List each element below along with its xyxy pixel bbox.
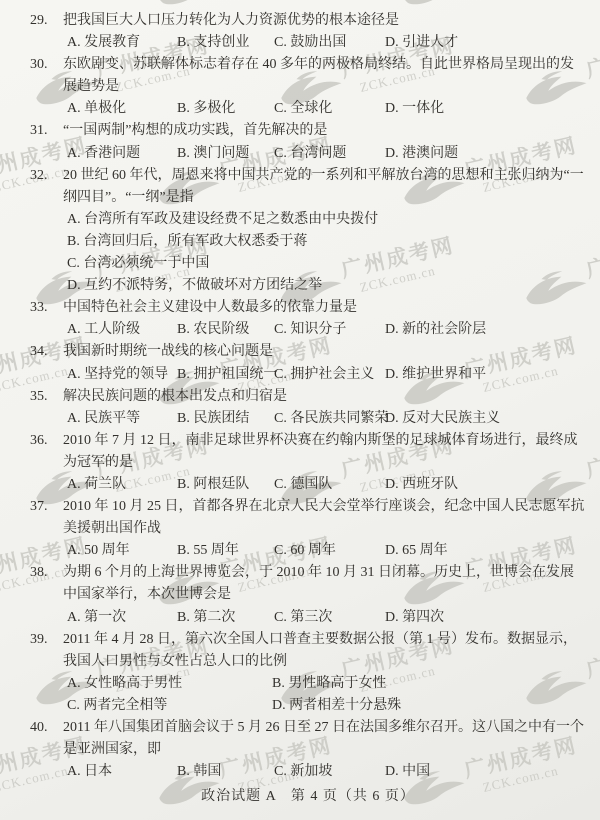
question-text: 2011 年八国集团首脑会议于 5 月 26 日至 27 日在法国多维尔召开。这…: [63, 717, 586, 761]
option-b: B. 民族团结: [177, 408, 274, 430]
option-c: C. 鼓励出国: [274, 32, 385, 54]
option-b: B. 男性略高于女性: [272, 673, 586, 695]
question-39: 39. 2011 年 4 月 28 日，第六次全国人口普查主要数据公报（第 1 …: [30, 629, 586, 717]
option-b: B. 拥护祖国统一: [177, 364, 274, 386]
option-c: C. 第三次: [274, 607, 385, 629]
option-d: D. 互约不派特务，不做破坏对方团结之举: [67, 275, 586, 297]
question-number: 34.: [30, 341, 63, 363]
question-text: “一国两制”构想的成功实践，首先解决的是: [63, 120, 586, 142]
option-d: D. 西班牙队: [385, 474, 586, 496]
question-number: 35.: [30, 386, 63, 408]
watermark-line1: 广州成考网: [584, 235, 600, 281]
question-options: A. 单极化 B. 多极化 C. 全球化 D. 一体化: [67, 98, 586, 120]
question-text: 解决民族问题的根本出发点和归宿是: [63, 386, 586, 408]
option-a: A. 单极化: [67, 98, 177, 120]
option-b: B. 多极化: [177, 98, 274, 120]
option-a: A. 香港问题: [67, 143, 177, 165]
option-d: D. 一体化: [385, 98, 586, 120]
question-stem: 37. 2010 年 10 月 25 日，首都各界在北京人民大会堂举行座谈会，纪…: [30, 496, 586, 540]
option-a: A. 民族平等: [67, 408, 177, 430]
question-37: 37. 2010 年 10 月 25 日，首都各界在北京人民大会堂举行座谈会，纪…: [30, 496, 586, 562]
watermark-line1: 广州成考网: [584, 635, 600, 681]
question-options: A. 50 周年 B. 55 周年 C. 60 周年 D. 65 周年: [67, 540, 586, 562]
option-b: B. 澳门问题: [177, 143, 274, 165]
question-number: 39.: [30, 629, 63, 673]
question-stem: 35. 解决民族问题的根本出发点和归宿是: [30, 386, 586, 408]
question-options: A. 民族平等 B. 民族团结 C. 各民族共同繁荣 D. 反对大民族主义: [67, 408, 586, 430]
option-a: A. 第一次: [67, 607, 177, 629]
question-35: 35. 解决民族问题的根本出发点和归宿是 A. 民族平等 B. 民族团结 C. …: [30, 386, 586, 430]
question-stem: 29. 把我国巨大人口压力转化为人力资源优势的根本途径是: [30, 10, 586, 32]
question-number: 32.: [30, 165, 63, 209]
option-d: D. 反对大民族主义: [385, 408, 586, 430]
option-d: D. 港澳问题: [385, 143, 586, 165]
question-options: A. 香港问题 B. 澳门问题 C. 台湾问题 D. 港澳问题: [67, 143, 586, 165]
question-options: A. 工人阶级 B. 农民阶级 C. 知识分子 D. 新的社会阶层: [67, 319, 586, 341]
question-options: A. 荷兰队 B. 阿根廷队 C. 德国队 D. 西班牙队: [67, 474, 586, 496]
option-d: D. 引进人才: [385, 32, 586, 54]
question-options: A. 发展教育 B. 支持创业 C. 鼓励出国 D. 引进人才: [67, 32, 586, 54]
question-33: 33. 中国特色社会主义建设中人数最多的依靠力量是 A. 工人阶级 B. 农民阶…: [30, 297, 586, 341]
exam-page: 广州成考网ZCK.com.cn广州成考网ZCK.com.cn广州成考网ZCK.c…: [0, 0, 600, 820]
question-options: A. 台湾所有军政及建设经费不足之数悉由中央拨付 B. 台湾回归后，所有军政大权…: [67, 209, 586, 297]
question-36: 36. 2010 年 7 月 12 日，南非足球世界杯决赛在约翰内斯堡的足球城体…: [30, 430, 586, 496]
question-text: 把我国巨大人口压力转化为人力资源优势的根本途径是: [63, 10, 586, 32]
question-stem: 31. “一国两制”构想的成功实践，首先解决的是: [30, 120, 586, 142]
option-c: C. 各民族共同繁荣: [274, 408, 385, 430]
question-40: 40. 2011 年八国集团首脑会议于 5 月 26 日至 27 日在法国多维尔…: [30, 717, 586, 783]
question-stem: 40. 2011 年八国集团首脑会议于 5 月 26 日至 27 日在法国多维尔…: [30, 717, 586, 761]
option-c: C. 知识分子: [274, 319, 385, 341]
option-a: A. 台湾所有军政及建设经费不足之数悉由中央拨付: [67, 209, 586, 231]
option-c: C. 60 周年: [274, 540, 385, 562]
question-number: 30.: [30, 54, 63, 98]
option-d: D. 维护世界和平: [385, 364, 586, 386]
option-c: C. 台湾问题: [274, 143, 385, 165]
watermark-line1: 广州成考网: [584, 435, 600, 481]
option-d: D. 65 周年: [385, 540, 586, 562]
page-footer: 政治试题 A 第 4 页（共 6 页）: [30, 786, 586, 808]
option-b: B. 支持创业: [177, 32, 274, 54]
question-options: A. 坚持党的领导 B. 拥护祖国统一 C. 拥护社会主义 D. 维护世界和平: [67, 364, 586, 386]
question-31: 31. “一国两制”构想的成功实践，首先解决的是 A. 香港问题 B. 澳门问题…: [30, 120, 586, 164]
question-number: 37.: [30, 496, 63, 540]
watermark-line1: 广州成考网: [584, 35, 600, 81]
option-a: A. 50 周年: [67, 540, 177, 562]
flame-logo-icon: [154, 0, 224, 9]
question-stem: 33. 中国特色社会主义建设中人数最多的依靠力量是: [30, 297, 586, 319]
question-text: 2010 年 10 月 25 日，首都各界在北京人民大会堂举行座谈会，纪念中国人…: [63, 496, 586, 540]
watermark-text: 广州成考网ZCK.com.cn: [584, 35, 600, 97]
option-b: B. 第二次: [177, 607, 274, 629]
exam-content: 29. 把我国巨大人口压力转化为人力资源优势的根本途径是 A. 发展教育 B. …: [30, 10, 586, 808]
question-text: 2011 年 4 月 28 日，第六次全国人口普查主要数据公报（第 1 号）发布…: [63, 629, 586, 673]
question-text: 2010 年 7 月 12 日，南非足球世界杯决赛在约翰内斯堡的足球城体育场进行…: [63, 430, 586, 474]
question-number: 31.: [30, 120, 63, 142]
question-30: 30. 东欧剧变、苏联解体标志着存在 40 多年的两极格局终结。自此世界格局呈现…: [30, 54, 586, 120]
question-text: 东欧剧变、苏联解体标志着存在 40 多年的两极格局终结。自此世界格局呈现出的发展…: [63, 54, 586, 98]
watermark-text: 广州成考网ZCK.com.cn: [584, 235, 600, 297]
question-text: 我国新时期统一战线的核心问题是: [63, 341, 586, 363]
option-d: D. 两者相差十分悬殊: [272, 695, 586, 717]
option-d: D. 中国: [385, 761, 586, 783]
question-number: 36.: [30, 430, 63, 474]
question-stem: 39. 2011 年 4 月 28 日，第六次全国人口普查主要数据公报（第 1 …: [30, 629, 586, 673]
watermark-text: 广州成考网ZCK.com.cn: [584, 435, 600, 497]
option-c: C. 新加坡: [274, 761, 385, 783]
option-a: A. 日本: [67, 761, 177, 783]
question-text: 为期 6 个月的上海世界博览会，于 2010 年 10 月 31 日闭幕。历史上…: [63, 562, 586, 606]
question-34: 34. 我国新时期统一战线的核心问题是 A. 坚持党的领导 B. 拥护祖国统一 …: [30, 341, 586, 385]
option-a: A. 女性略高于男性: [67, 673, 272, 695]
question-options: A. 第一次 B. 第二次 C. 第三次 D. 第四次: [67, 607, 586, 629]
question-number: 29.: [30, 10, 63, 32]
option-c: C. 台湾必须统一于中国: [67, 253, 586, 275]
question-stem: 34. 我国新时期统一战线的核心问题是: [30, 341, 586, 363]
question-38: 38. 为期 6 个月的上海世界博览会，于 2010 年 10 月 31 日闭幕…: [30, 562, 586, 628]
option-b: B. 55 周年: [177, 540, 274, 562]
flame-logo-icon: [399, 0, 469, 9]
question-options: A. 女性略高于男性 B. 男性略高于女性 C. 两者完全相等 D. 两者相差十…: [67, 673, 586, 717]
question-stem: 36. 2010 年 7 月 12 日，南非足球世界杯决赛在约翰内斯堡的足球城体…: [30, 430, 586, 474]
question-stem: 32. 20 世纪 60 年代，周恩来将中国共产党的一系列和平解放台湾的思想和主…: [30, 165, 586, 209]
question-stem: 38. 为期 6 个月的上海世界博览会，于 2010 年 10 月 31 日闭幕…: [30, 562, 586, 606]
question-text: 中国特色社会主义建设中人数最多的依靠力量是: [63, 297, 586, 319]
question-number: 33.: [30, 297, 63, 319]
option-b: B. 韩国: [177, 761, 274, 783]
question-32: 32. 20 世纪 60 年代，周恩来将中国共产党的一系列和平解放台湾的思想和主…: [30, 165, 586, 298]
option-a: A. 荷兰队: [67, 474, 177, 496]
option-c: C. 全球化: [274, 98, 385, 120]
option-a: A. 工人阶级: [67, 319, 177, 341]
watermark-text: 广州成考网ZCK.com.cn: [584, 635, 600, 697]
option-d: D. 新的社会阶层: [385, 319, 586, 341]
option-d: D. 第四次: [385, 607, 586, 629]
question-stem: 30. 东欧剧变、苏联解体标志着存在 40 多年的两极格局终结。自此世界格局呈现…: [30, 54, 586, 98]
option-b: B. 阿根廷队: [177, 474, 274, 496]
option-a: A. 发展教育: [67, 32, 177, 54]
question-number: 40.: [30, 717, 63, 761]
option-b: B. 农民阶级: [177, 319, 274, 341]
question-29: 29. 把我国巨大人口压力转化为人力资源优势的根本途径是 A. 发展教育 B. …: [30, 10, 586, 54]
option-a: A. 坚持党的领导: [67, 364, 177, 386]
question-number: 38.: [30, 562, 63, 606]
option-c: C. 拥护社会主义: [274, 364, 385, 386]
question-options: A. 日本 B. 韩国 C. 新加坡 D. 中国: [67, 761, 586, 783]
option-c: C. 两者完全相等: [67, 695, 272, 717]
option-c: C. 德国队: [274, 474, 385, 496]
option-b: B. 台湾回归后，所有军政大权悉委于蒋: [67, 231, 586, 253]
question-text: 20 世纪 60 年代，周恩来将中国共产党的一系列和平解放台湾的思想和主张归纳为…: [63, 165, 586, 209]
